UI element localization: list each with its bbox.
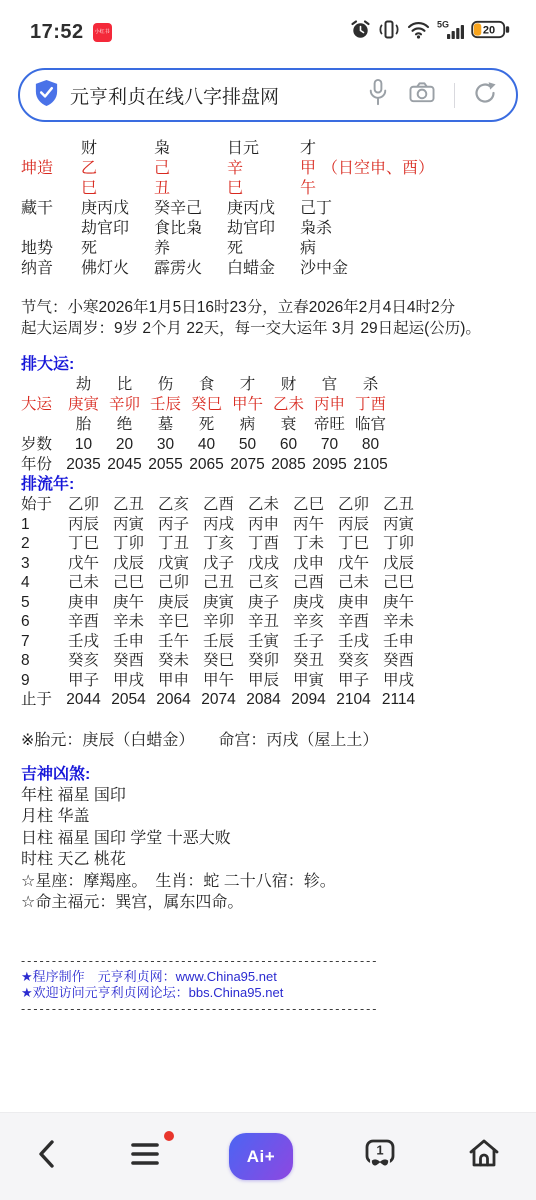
- dayun-title: 排大运:: [21, 355, 526, 375]
- cell: 庚寅: [63, 395, 104, 415]
- cell: 庚申: [61, 593, 106, 613]
- row-label: 8: [21, 651, 61, 671]
- cell: 2074: [196, 690, 241, 710]
- cell: 壬子: [286, 632, 331, 652]
- cell: 甲戌: [376, 671, 421, 691]
- cell: 癸亥: [331, 651, 376, 671]
- table-row: 始于乙卯乙丑乙亥乙酉乙未乙巳乙卯乙丑: [21, 495, 526, 515]
- separator: ----------------------------------------…: [21, 1002, 526, 1017]
- stem-with-note: 甲（日空申、酉）: [300, 159, 526, 179]
- cell: 丁酉: [241, 534, 286, 554]
- cell: 己巳: [106, 573, 151, 593]
- search-input[interactable]: 元亨利贞在线八字排盘网: [70, 82, 366, 109]
- luck-start-line: 起大运周岁：9岁 2个月 22天，每一交大运年 3月 29日起运(公历)。: [21, 318, 526, 339]
- row-label: 9: [21, 671, 61, 691]
- nayin: 沙中金: [300, 259, 526, 279]
- cell: 丙辰: [61, 515, 106, 535]
- cell: 乙卯: [331, 495, 376, 515]
- cell: 戊申: [286, 554, 331, 574]
- cell: 绝: [104, 415, 145, 435]
- table-row: 止于20442054206420742084209421042114: [21, 690, 526, 710]
- cell: 墓: [145, 415, 186, 435]
- refresh-icon[interactable]: [472, 80, 498, 111]
- bazi-page-content: 财 枭 日元 才 坤造 乙 己 辛 甲（日空申、酉） 巳 丑 巳 午 藏干 庚丙…: [0, 139, 536, 1017]
- cell: 乙亥: [151, 495, 196, 515]
- cell: 丁亥: [196, 534, 241, 554]
- page-footer: ----------------------------------------…: [21, 954, 526, 1017]
- browser-navbar: Ai+ 1: [0, 1112, 536, 1200]
- cell: 甲辰: [241, 671, 286, 691]
- hidden-stem: 庚丙戊: [227, 199, 300, 219]
- cell: 2064: [151, 690, 196, 710]
- cell: 丙戌: [196, 515, 241, 535]
- cell: 乙卯: [61, 495, 106, 515]
- cell: 官: [309, 375, 350, 395]
- branch: 巳: [227, 179, 300, 199]
- cell: 癸未: [151, 651, 196, 671]
- hidden-god: 劫官印: [227, 219, 300, 239]
- hidden-gods-row: 劫官印 食比枭 劫官印 枭杀: [21, 219, 526, 239]
- hidden-stem: 己丁: [300, 199, 526, 219]
- cell: 帝旺: [309, 415, 350, 435]
- table-row: 2丁巳丁卯丁丑丁亥丁酉丁未丁巳丁卯: [21, 534, 526, 554]
- cell: 己卯: [151, 573, 196, 593]
- cell: 30: [145, 435, 186, 455]
- cell: 2104: [331, 690, 376, 710]
- void-note: （日空申、酉）: [322, 160, 434, 177]
- list-item: ☆星座：摩羯座。 生肖：蛇 二十八宿：轸。: [21, 871, 526, 893]
- cell: 庚申: [331, 593, 376, 613]
- cell: 辛未: [106, 612, 151, 632]
- stage: 死: [227, 239, 300, 259]
- cell: 己未: [61, 573, 106, 593]
- liunian-title: 排流年:: [21, 475, 526, 495]
- cell: 甲子: [331, 671, 376, 691]
- cell: 丙辰: [331, 515, 376, 535]
- age-label: 岁数: [21, 435, 63, 455]
- cell: 临官: [350, 415, 391, 435]
- cell: 杀: [350, 375, 391, 395]
- stage: 病: [300, 239, 526, 259]
- dayun-table: 劫比伤食才财官杀 大运庚寅辛卯壬辰癸巳甲午乙未丙申丁酉 胎绝墓死病衰帝旺临官 岁…: [21, 375, 526, 475]
- cell: 甲午: [196, 671, 241, 691]
- list-item: 年柱 福星 国印: [21, 785, 526, 807]
- nayin: 佛灯火: [81, 259, 154, 279]
- hidden-label: 藏干: [21, 199, 81, 219]
- cell: 才: [227, 375, 268, 395]
- cell: 戊戌: [241, 554, 286, 574]
- cell: 2065: [186, 455, 227, 475]
- row-label: 3: [21, 554, 61, 574]
- dayun-pillars-row: 大运庚寅辛卯壬辰癸巳甲午乙未丙申丁酉: [21, 395, 526, 415]
- cell: 癸酉: [106, 651, 151, 671]
- list-item: ☆命主福元：巽宫，属东四命。: [21, 892, 526, 914]
- wifi-icon: [407, 20, 430, 44]
- shensha-list: 年柱 福星 国印月柱 华盖日柱 福星 国印 学堂 十恶大败时柱 天乙 桃花☆星座…: [21, 785, 526, 914]
- nayin-row: 纳音 佛灯火 霹雳火 白蜡金 沙中金: [21, 259, 526, 279]
- gods-row: 财 枭 日元 才: [21, 139, 526, 159]
- cell: 乙巳: [286, 495, 331, 515]
- shensha-title: 吉神凶煞:: [21, 765, 526, 785]
- row-label: 始于: [21, 495, 61, 515]
- god: 才: [300, 139, 526, 159]
- stage-label: 地势: [21, 239, 81, 259]
- cell: 戊子: [196, 554, 241, 574]
- shield-check-icon: [33, 79, 60, 112]
- stem: 己: [154, 159, 227, 179]
- svg-text:1: 1: [376, 1143, 383, 1158]
- footer-link-forum[interactable]: ★欢迎访问元亨利贞网论坛：bbs.China95.net: [21, 985, 526, 1002]
- cell: 癸亥: [61, 651, 106, 671]
- table-row: 4己未己巳己卯己丑己亥己酉己未己巳: [21, 573, 526, 593]
- cell: 丁卯: [106, 534, 151, 554]
- dayun-stages-row: 胎绝墓死病衰帝旺临官: [21, 415, 526, 435]
- cell: 80: [350, 435, 391, 455]
- cell: 2045: [104, 455, 145, 475]
- svg-text:20: 20: [483, 25, 495, 37]
- cell: 2085: [268, 455, 309, 475]
- god: 枭: [154, 139, 227, 159]
- home-button[interactable]: [466, 1136, 502, 1177]
- cell: 50: [227, 435, 268, 455]
- cell: 丁巳: [61, 534, 106, 554]
- four-pillars-chart: 财 枭 日元 才 坤造 乙 己 辛 甲（日空申、酉） 巳 丑 巳 午 藏干 庚丙…: [21, 139, 526, 279]
- table-row: 3戊午戊辰戊寅戊子戊戌戊申戊午戊辰: [21, 554, 526, 574]
- cell: 戊寅: [151, 554, 196, 574]
- cell: 辛未: [376, 612, 421, 632]
- hidden-stems-row: 藏干 庚丙戊 癸辛己 庚丙戊 己丁: [21, 199, 526, 219]
- branch: 午: [300, 179, 526, 199]
- home-icon: [466, 1136, 502, 1177]
- hidden-stem: 庚丙戊: [81, 199, 154, 219]
- cell: 戊辰: [376, 554, 421, 574]
- hidden-god: 枭杀: [300, 219, 526, 239]
- list-item: 日柱 福星 国印 学堂 十恶大败: [21, 828, 526, 850]
- cell: 衰: [268, 415, 309, 435]
- cell: 食: [186, 375, 227, 395]
- row-label: 5: [21, 593, 61, 613]
- tabs-button[interactable]: 1: [361, 1135, 399, 1178]
- cell: 辛卯: [104, 395, 145, 415]
- table-row: 9甲子甲戌甲申甲午甲辰甲寅甲子甲戌: [21, 671, 526, 691]
- row-label: 2: [21, 534, 61, 554]
- table-row: 5庚申庚午庚辰庚寅庚子庚戌庚申庚午: [21, 593, 526, 613]
- branch: 丑: [154, 179, 227, 199]
- hidden-god: 食比枭: [154, 219, 227, 239]
- owner-label: 坤造: [21, 159, 81, 179]
- cell: 壬戌: [331, 632, 376, 652]
- cell: 2084: [241, 690, 286, 710]
- dayun-gods-row: 劫比伤食才财官杀: [21, 375, 526, 395]
- mic-icon[interactable]: [366, 78, 390, 112]
- browser-search-bar[interactable]: 元亨利贞在线八字排盘网: [18, 68, 518, 122]
- cell: 癸卯: [241, 651, 286, 671]
- cell: 甲寅: [286, 671, 331, 691]
- cell: 戊午: [61, 554, 106, 574]
- cell: 丁丑: [151, 534, 196, 554]
- cell: 乙丑: [106, 495, 151, 515]
- row-label: 6: [21, 612, 61, 632]
- battery-icon: 20: [471, 19, 512, 45]
- stem: 甲: [300, 160, 316, 177]
- cell: 丁未: [286, 534, 331, 554]
- stage: 死: [81, 239, 154, 259]
- cell: 丙申: [241, 515, 286, 535]
- cell: 甲申: [151, 671, 196, 691]
- table-row: 6辛酉辛未辛巳辛卯辛丑辛亥辛酉辛未: [21, 612, 526, 632]
- camera-icon[interactable]: [407, 80, 437, 110]
- cell: 辛酉: [61, 612, 106, 632]
- cell: 庚戌: [286, 593, 331, 613]
- branch: 巳: [81, 179, 154, 199]
- branches-row: 巳 丑 巳 午: [21, 179, 526, 199]
- stage-row: 地势 死 养 死 病: [21, 239, 526, 259]
- cell: 乙酉: [196, 495, 241, 515]
- separator: ----------------------------------------…: [21, 954, 526, 969]
- cell: 丁酉: [350, 395, 391, 415]
- cell: 丙寅: [106, 515, 151, 535]
- cell: 己巳: [376, 573, 421, 593]
- god: 日元: [227, 139, 300, 159]
- vibrate-icon: [378, 19, 400, 45]
- cell: 壬午: [151, 632, 196, 652]
- clock: 17:52: [30, 21, 84, 44]
- cell: 庚辰: [151, 593, 196, 613]
- table-row: 8癸亥癸酉癸未癸巳癸卯癸丑癸亥癸酉: [21, 651, 526, 671]
- status-bar: 17:52 小红书 5G 20: [0, 0, 536, 58]
- cell: 辛卯: [196, 612, 241, 632]
- nayin: 白蜡金: [227, 259, 300, 279]
- solar-terms-block: 节气：小寒2026年1月5日16时23分，立春2026年2月4日4时2分 起大运…: [21, 297, 526, 339]
- stage: 养: [154, 239, 227, 259]
- list-item: 月柱 华盖: [21, 806, 526, 828]
- cell: 戊辰: [106, 554, 151, 574]
- back-icon: [34, 1137, 60, 1176]
- cell: 辛酉: [331, 612, 376, 632]
- cell: 丙寅: [376, 515, 421, 535]
- cell: 辛亥: [286, 612, 331, 632]
- cell: 己丑: [196, 573, 241, 593]
- god: 财: [81, 139, 154, 159]
- cell: 丙午: [286, 515, 331, 535]
- nayin-label: 纳音: [21, 259, 81, 279]
- cell: 2095: [309, 455, 350, 475]
- cell: 己未: [331, 573, 376, 593]
- cell: 壬申: [106, 632, 151, 652]
- cell: 2035: [63, 455, 104, 475]
- cell: 癸酉: [376, 651, 421, 671]
- cell: 伤: [145, 375, 186, 395]
- dayun-ages-row: 岁数1020304050607080: [21, 435, 526, 455]
- cell: 癸丑: [286, 651, 331, 671]
- cell: 20: [104, 435, 145, 455]
- cell: 壬申: [376, 632, 421, 652]
- menu-icon: [128, 1139, 162, 1174]
- menu-button[interactable]: [128, 1139, 162, 1174]
- cell: 2094: [286, 690, 331, 710]
- cell: 壬辰: [145, 395, 186, 415]
- cell: 丁卯: [376, 534, 421, 554]
- cell: 癸巳: [186, 395, 227, 415]
- cell: 己酉: [286, 573, 331, 593]
- cell: 癸巳: [196, 651, 241, 671]
- cell: 壬辰: [196, 632, 241, 652]
- cell: 壬戌: [61, 632, 106, 652]
- cell: 丙子: [151, 515, 196, 535]
- footer-link-site[interactable]: ★程序制作 元亨利贞网：www.China95.net: [21, 969, 526, 986]
- cell: 2075: [227, 455, 268, 475]
- stems-row: 坤造 乙 己 辛 甲（日空申、酉）: [21, 159, 526, 179]
- cell: 乙未: [241, 495, 286, 515]
- cell: 庚午: [376, 593, 421, 613]
- nayin: 霹雳火: [154, 259, 227, 279]
- row-label: 1: [21, 515, 61, 535]
- cell: 己亥: [241, 573, 286, 593]
- stem: 乙: [81, 159, 154, 179]
- dayun-label: 大运: [21, 395, 63, 415]
- dayun-years-row: 年份20352045205520652075208520952105: [21, 455, 526, 475]
- cell: 胎: [63, 415, 104, 435]
- table-row: 7壬戌壬申壬午壬辰壬寅壬子壬戌壬申: [21, 632, 526, 652]
- signal-5g-icon: 5G: [437, 19, 464, 45]
- tabs-icon: 1: [361, 1135, 399, 1178]
- cell: 2054: [106, 690, 151, 710]
- divider: [454, 83, 456, 108]
- cell: 2055: [145, 455, 186, 475]
- cell: 甲戌: [106, 671, 151, 691]
- xiaohongshu-badge-icon: 小红书: [93, 23, 112, 42]
- cell: 辛巳: [151, 612, 196, 632]
- cell: 财: [268, 375, 309, 395]
- hidden-stem: 癸辛己: [154, 199, 227, 219]
- ai-button-label: Ai+: [247, 1147, 275, 1167]
- cell: 壬寅: [241, 632, 286, 652]
- cell: 2105: [350, 455, 391, 475]
- cell: 庚午: [106, 593, 151, 613]
- cell: 甲子: [61, 671, 106, 691]
- cell: 死: [186, 415, 227, 435]
- list-item: 时柱 天乙 桃花: [21, 849, 526, 871]
- notification-dot: [164, 1131, 174, 1141]
- cell: 丁巳: [331, 534, 376, 554]
- cell: 病: [227, 415, 268, 435]
- cell: 庚子: [241, 593, 286, 613]
- table-row: 1丙辰丙寅丙子丙戌丙申丙午丙辰丙寅: [21, 515, 526, 535]
- svg-text:5G: 5G: [437, 20, 449, 30]
- taiyuan-line: ※胎元：庚辰（白蜡金） 命宫：丙戌（屋上土）: [21, 730, 526, 751]
- cell: 2044: [61, 690, 106, 710]
- stem: 辛: [227, 159, 300, 179]
- row-label: 止于: [21, 690, 61, 710]
- hidden-god: 劫官印: [81, 219, 154, 239]
- row-label: 7: [21, 632, 61, 652]
- row-label: 4: [21, 573, 61, 593]
- cell: 庚寅: [196, 593, 241, 613]
- cell: 甲午: [227, 395, 268, 415]
- alarm-icon: [350, 19, 371, 45]
- cell: 10: [63, 435, 104, 455]
- back-button[interactable]: [34, 1137, 60, 1176]
- cell: 60: [268, 435, 309, 455]
- cell: 丙申: [309, 395, 350, 415]
- cell: 40: [186, 435, 227, 455]
- cell: 比: [104, 375, 145, 395]
- cell: 乙未: [268, 395, 309, 415]
- cell: 戊午: [331, 554, 376, 574]
- cell: 劫: [63, 375, 104, 395]
- ai-assistant-button[interactable]: Ai+: [229, 1133, 293, 1180]
- cell: 辛丑: [241, 612, 286, 632]
- year-label: 年份: [21, 455, 63, 475]
- liunian-table: 始于乙卯乙丑乙亥乙酉乙未乙巳乙卯乙丑1丙辰丙寅丙子丙戌丙申丙午丙辰丙寅2丁巳丁卯…: [21, 495, 526, 710]
- solar-terms-line: 节气：小寒2026年1月5日16时23分，立春2026年2月4日4时2分: [21, 297, 526, 318]
- cell: 70: [309, 435, 350, 455]
- cell: 2114: [376, 690, 421, 710]
- cell: 乙丑: [376, 495, 421, 515]
